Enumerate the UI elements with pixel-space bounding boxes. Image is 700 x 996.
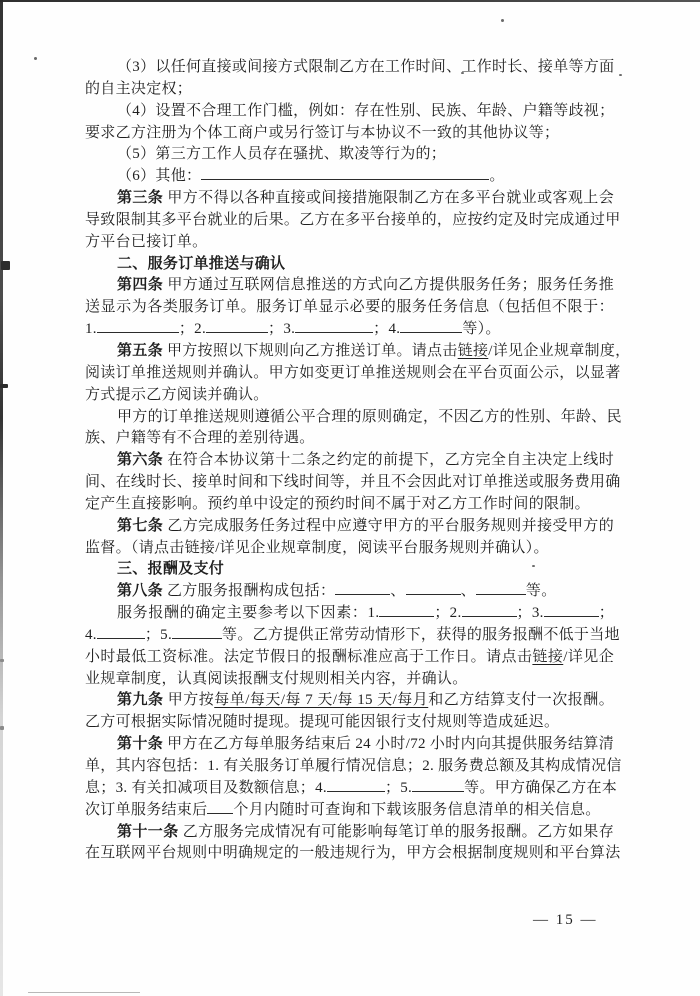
clause-label: 三、报酬及支付 <box>117 561 224 577</box>
blank-field <box>400 319 462 333</box>
text-segment: 监督。（请点击链接/详见企业规章制度，阅读平台服务规则并确认）。 <box>85 540 549 556</box>
text-segment: 送显示为各类服务订单。服务订单显示必要的服务任务信息（包括但不限于： <box>85 299 614 315</box>
text-segment: 等。乙方提供正常劳动情形下，获得的服务报酬不低于当地 <box>222 627 620 643</box>
blank-field <box>412 778 464 792</box>
text-segment: 甲方通过互联网信息推送的方式向乙方提供服务任务；服务任务推 <box>163 277 614 293</box>
document-line: 二、服务订单推送与确认 <box>85 254 614 276</box>
document-line: 第九条 甲方按每单/每天/每 7 天/每 15 天/每月和乙方结算支付一次报酬。 <box>85 690 614 712</box>
text-segment: 的自主决定权； <box>85 81 192 97</box>
clause-label: 第八条 <box>117 583 163 599</box>
document-line: 第六条 在符合本协议第十二条之约定的前提下，乙方完全自主决定上线时 <box>85 450 614 472</box>
page-number: — 15 — <box>533 912 598 929</box>
document-line: （4）设置不合理工作门槛，例如：存在性别、民族、年龄、户籍等歧视； <box>85 101 614 123</box>
document-line: 要求乙方注册为个体工商户或另行签订与本协议不一致的其他协议等； <box>85 123 614 145</box>
clause-label: 第四条 <box>117 277 163 293</box>
blank-field <box>295 319 373 333</box>
text-segment: 甲方不得以各种直接或间接措施限制乙方在多平台就业或客观上会 <box>163 190 614 206</box>
document-line: （3）以任何直接或间接方式限制乙方在工作时间、工作时长、接单等方面 <box>85 57 614 79</box>
text-segment: 间、在线时长、接单时间和下线时间等，并且不会因此对订单推送或服务费用确 <box>85 474 621 490</box>
document-line: （5）第三方工作人员存在骚扰、欺凌等行为的； <box>85 144 614 166</box>
text-segment: 次订单服务结束后 <box>85 802 207 818</box>
document-line: 息；3. 有关扣减项目及数额信息；4.；5.等。甲方确保乙方在本 <box>85 778 614 800</box>
text-segment: 导致限制其多平台就业的后果。乙方在多平台接单的，应按约定及时完成通过甲 <box>85 212 621 228</box>
blank-field <box>462 603 517 617</box>
blank-field <box>379 603 434 617</box>
text-segment: 在符合本协议第十二条之约定的前提下，乙方完全自主决定上线时 <box>163 452 614 468</box>
blank-field <box>476 581 526 595</box>
text-segment: （3）以任何直接或间接方式限制乙方在工作时间、工作时长、接单等方面 <box>117 59 614 75</box>
text-segment: 族、户籍等有不合理的差别待遇。 <box>85 430 315 446</box>
document-line: 第七条 乙方完成服务任务过程中应遵守甲方的平台服务规则并接受甲方的 <box>85 516 614 538</box>
scan-speck <box>619 74 622 76</box>
document-line: 第四条 甲方通过互联网信息推送的方式向乙方提供服务任务；服务任务推 <box>85 275 614 297</box>
document-line: （6）其他：。 <box>85 166 614 188</box>
document-line: 乙方可根据实际情况随时提现。提现可能因银行支付规则等造成延迟。 <box>85 712 614 734</box>
text-segment: 在互联网平台规则中明确规定的一般违规行为，甲方会根据制度规则和平台算法 <box>85 845 621 861</box>
document-line: 甲方的订单推送规则遵循公平合理的原则确定，不因乙方的性别、年龄、民 <box>85 407 614 429</box>
text-segment: /详见企业规章制度， <box>488 343 630 359</box>
document-line: 次订单服务结束后个月内随时可查询和下载该服务信息清单的相关信息。 <box>85 800 614 822</box>
text-segment: 甲方按照以下规则向乙方推送订单。请点击 <box>163 343 458 359</box>
blank-field <box>172 625 222 639</box>
text-segment: 个月内随时可查询和下载该服务信息清单的相关信息。 <box>233 802 600 818</box>
blank-field <box>97 625 145 639</box>
text-segment: ；5. <box>385 780 412 796</box>
text-segment: 甲方的订单推送规则遵循公平合理的原则确定，不因乙方的性别、年龄、民 <box>117 409 622 425</box>
text-segment: ；2. <box>434 605 461 621</box>
text-segment: ；3. <box>268 321 295 337</box>
document-line: 业规章制度，认真阅读报酬支付规则相关内容，并确认。 <box>85 669 614 691</box>
link-text: 每单/每天/每 7 天/每 15 天/每月 <box>214 692 428 708</box>
document-line: 4.；5.等。乙方提供正常劳动情形下，获得的服务报酬不低于当地 <box>85 625 614 647</box>
text-segment: 甲方按 <box>164 692 215 708</box>
text-segment: 乙方服务报酬构成包括： <box>163 583 335 599</box>
blank-field <box>206 319 268 333</box>
blank-field <box>406 581 461 595</box>
text-segment: 乙方完成服务任务过程中应遵守甲方的平台服务规则并接受甲方的 <box>163 518 614 534</box>
scan-edge-left <box>0 0 3 996</box>
blank-field <box>544 603 599 617</box>
text-segment: ；3. <box>517 605 544 621</box>
blank-field <box>97 319 179 333</box>
blank-field <box>335 581 390 595</box>
document-line: 导致限制其多平台就业的后果。乙方在多平台接单的，应按约定及时完成通过甲 <box>85 210 614 232</box>
text-segment: 等。 <box>526 583 557 599</box>
text-segment: 乙方可根据实际情况随时提现。提现可能因银行支付规则等造成延迟。 <box>85 714 559 730</box>
text-segment: 息；3. 有关扣减项目及数额信息；4. <box>85 780 327 796</box>
blank-field <box>201 166 489 180</box>
clause-label: 第九条 <box>117 692 164 708</box>
text-segment: 等）。 <box>462 321 500 337</box>
clause-label: 第三条 <box>117 190 163 206</box>
document-line: 第三条 甲方不得以各种直接或间接措施限制乙方在多平台就业或客观上会 <box>85 188 614 210</box>
document-line: 方平台已接订单。 <box>85 232 614 254</box>
clause-label: 第五条 <box>117 343 163 359</box>
scan-blot <box>0 726 4 730</box>
text-segment: 4. <box>85 627 97 643</box>
document-line: 的自主决定权； <box>85 79 614 101</box>
text-segment: 业规章制度，认真阅读报酬支付规则相关内容，并确认。 <box>85 671 468 687</box>
text-segment: ；4. <box>373 321 400 337</box>
text-segment: （6）其他： <box>117 168 201 184</box>
clause-label: 第十条 <box>117 736 163 752</box>
text-segment: 小时最低工资标准。法定节假日的报酬标准应高于工作日。请点击 <box>85 649 532 665</box>
document-line: 第十一条 乙方服务完成情况有可能影响每笔订单的服务报酬。乙方如果存 <box>85 822 614 844</box>
document-line: 服务报酬的确定主要参考以下因素：1.；2.；3.； <box>85 603 614 625</box>
scan-edge-top <box>0 0 700 2</box>
text-segment: 乙方服务完成情况有可能影响每笔订单的服务报酬。乙方如果存 <box>179 824 614 840</box>
document-line: 小时最低工资标准。法定节假日的报酬标准应高于工作日。请点击链接/详见企 <box>85 647 614 669</box>
text-segment: 甲方在乙方每单服务结束后 24 小时/72 小时内向其提供服务结算清 <box>163 736 614 752</box>
document-page: （3）以任何直接或间接方式限制乙方在工作时间、工作时长、接单等方面的自主决定权；… <box>0 0 700 996</box>
text-segment: 、 <box>390 583 405 599</box>
scan-blot <box>0 384 8 388</box>
document-line: 1.；2.；3.；4.等）。 <box>85 319 614 341</box>
document-line: 第八条 乙方服务报酬构成包括：、、等。 <box>85 581 614 603</box>
scan-speck <box>34 57 37 60</box>
text-segment: 服务报酬的确定主要参考以下因素：1. <box>117 605 379 621</box>
text-segment: 、 <box>461 583 476 599</box>
document-line: 三、报酬及支付 <box>85 559 614 581</box>
text-segment: 单，其内容包括：1. 有关服务订单履行情况信息；2. 服务费总额及其构成情况信 <box>85 758 622 774</box>
text-segment: ；5. <box>145 627 172 643</box>
document-line: 第十条 甲方在乙方每单服务结束后 24 小时/72 小时内向其提供服务结算清 <box>85 734 614 756</box>
document-line: 方式提示乙方阅读并确认。 <box>85 385 614 407</box>
text-segment: （4）设置不合理工作门槛，例如：存在性别、民族、年龄、户籍等歧视； <box>117 103 614 119</box>
text-segment: （5）第三方工作人员存在骚扰、欺凌等行为的； <box>117 146 446 162</box>
document-line: 间、在线时长、接单时间和下线时间等，并且不会因此对订单推送或服务费用确 <box>85 472 614 494</box>
text-segment: 方平台已接订单。 <box>85 234 207 250</box>
document-line: 在互联网平台规则中明确规定的一般违规行为，甲方会根据制度规则和平台算法 <box>85 843 614 865</box>
text-segment: 。 <box>489 168 504 184</box>
clause-label: 第六条 <box>117 452 163 468</box>
blank-field <box>327 778 385 792</box>
text-segment: 1. <box>85 321 97 337</box>
document-body: （3）以任何直接或间接方式限制乙方在工作时间、工作时长、接单等方面的自主决定权；… <box>85 57 614 865</box>
document-line: 第五条 甲方按照以下规则向乙方推送订单。请点击链接/详见企业规章制度， <box>85 341 614 363</box>
text-segment: 定产生直接影响。预约单中设定的预约时间不属于对乙方工作时间的限制。 <box>85 496 590 512</box>
scan-edge-bottom <box>28 992 140 993</box>
document-line: 送显示为各类服务订单。服务订单显示必要的服务任务信息（包括但不限于： <box>85 297 614 319</box>
text-segment: /详见企 <box>563 649 614 665</box>
document-line: 族、户籍等有不合理的差别待遇。 <box>85 428 614 450</box>
text-segment: 方式提示乙方阅读并确认。 <box>85 387 269 403</box>
link-text: 链接 <box>532 649 563 665</box>
text-segment: 阅读订单推送规则并确认。甲方如变更订单推送规则会在平台页面公示，以显著 <box>85 365 621 381</box>
text-segment: 和乙方结算支付一次报酬。 <box>428 692 614 708</box>
scan-blot <box>1 261 10 270</box>
scan-blot <box>0 659 4 662</box>
clause-label: 二、服务订单推送与确认 <box>117 256 285 272</box>
text-segment: 等。甲方确保乙方在本 <box>464 780 617 796</box>
document-line: 监督。（请点击链接/详见企业规章制度，阅读平台服务规则并确认）。 <box>85 538 614 560</box>
clause-label: 第七条 <box>117 518 163 534</box>
clause-label: 第十一条 <box>117 824 179 840</box>
text-segment: ；2. <box>179 321 206 337</box>
document-line: 单，其内容包括：1. 有关服务订单履行情况信息；2. 服务费总额及其构成情况信 <box>85 756 614 778</box>
scan-speck <box>501 19 504 22</box>
blank-field <box>207 800 233 814</box>
document-line: 阅读订单推送规则并确认。甲方如变更订单推送规则会在平台页面公示，以显著 <box>85 363 614 385</box>
link-text: 链接 <box>458 343 489 359</box>
text-segment: ； <box>599 605 614 621</box>
text-segment: 要求乙方注册为个体工商户或另行签订与本协议不一致的其他协议等； <box>85 125 559 141</box>
document-line: 定产生直接影响。预约单中设定的预约时间不属于对乙方工作时间的限制。 <box>85 494 614 516</box>
